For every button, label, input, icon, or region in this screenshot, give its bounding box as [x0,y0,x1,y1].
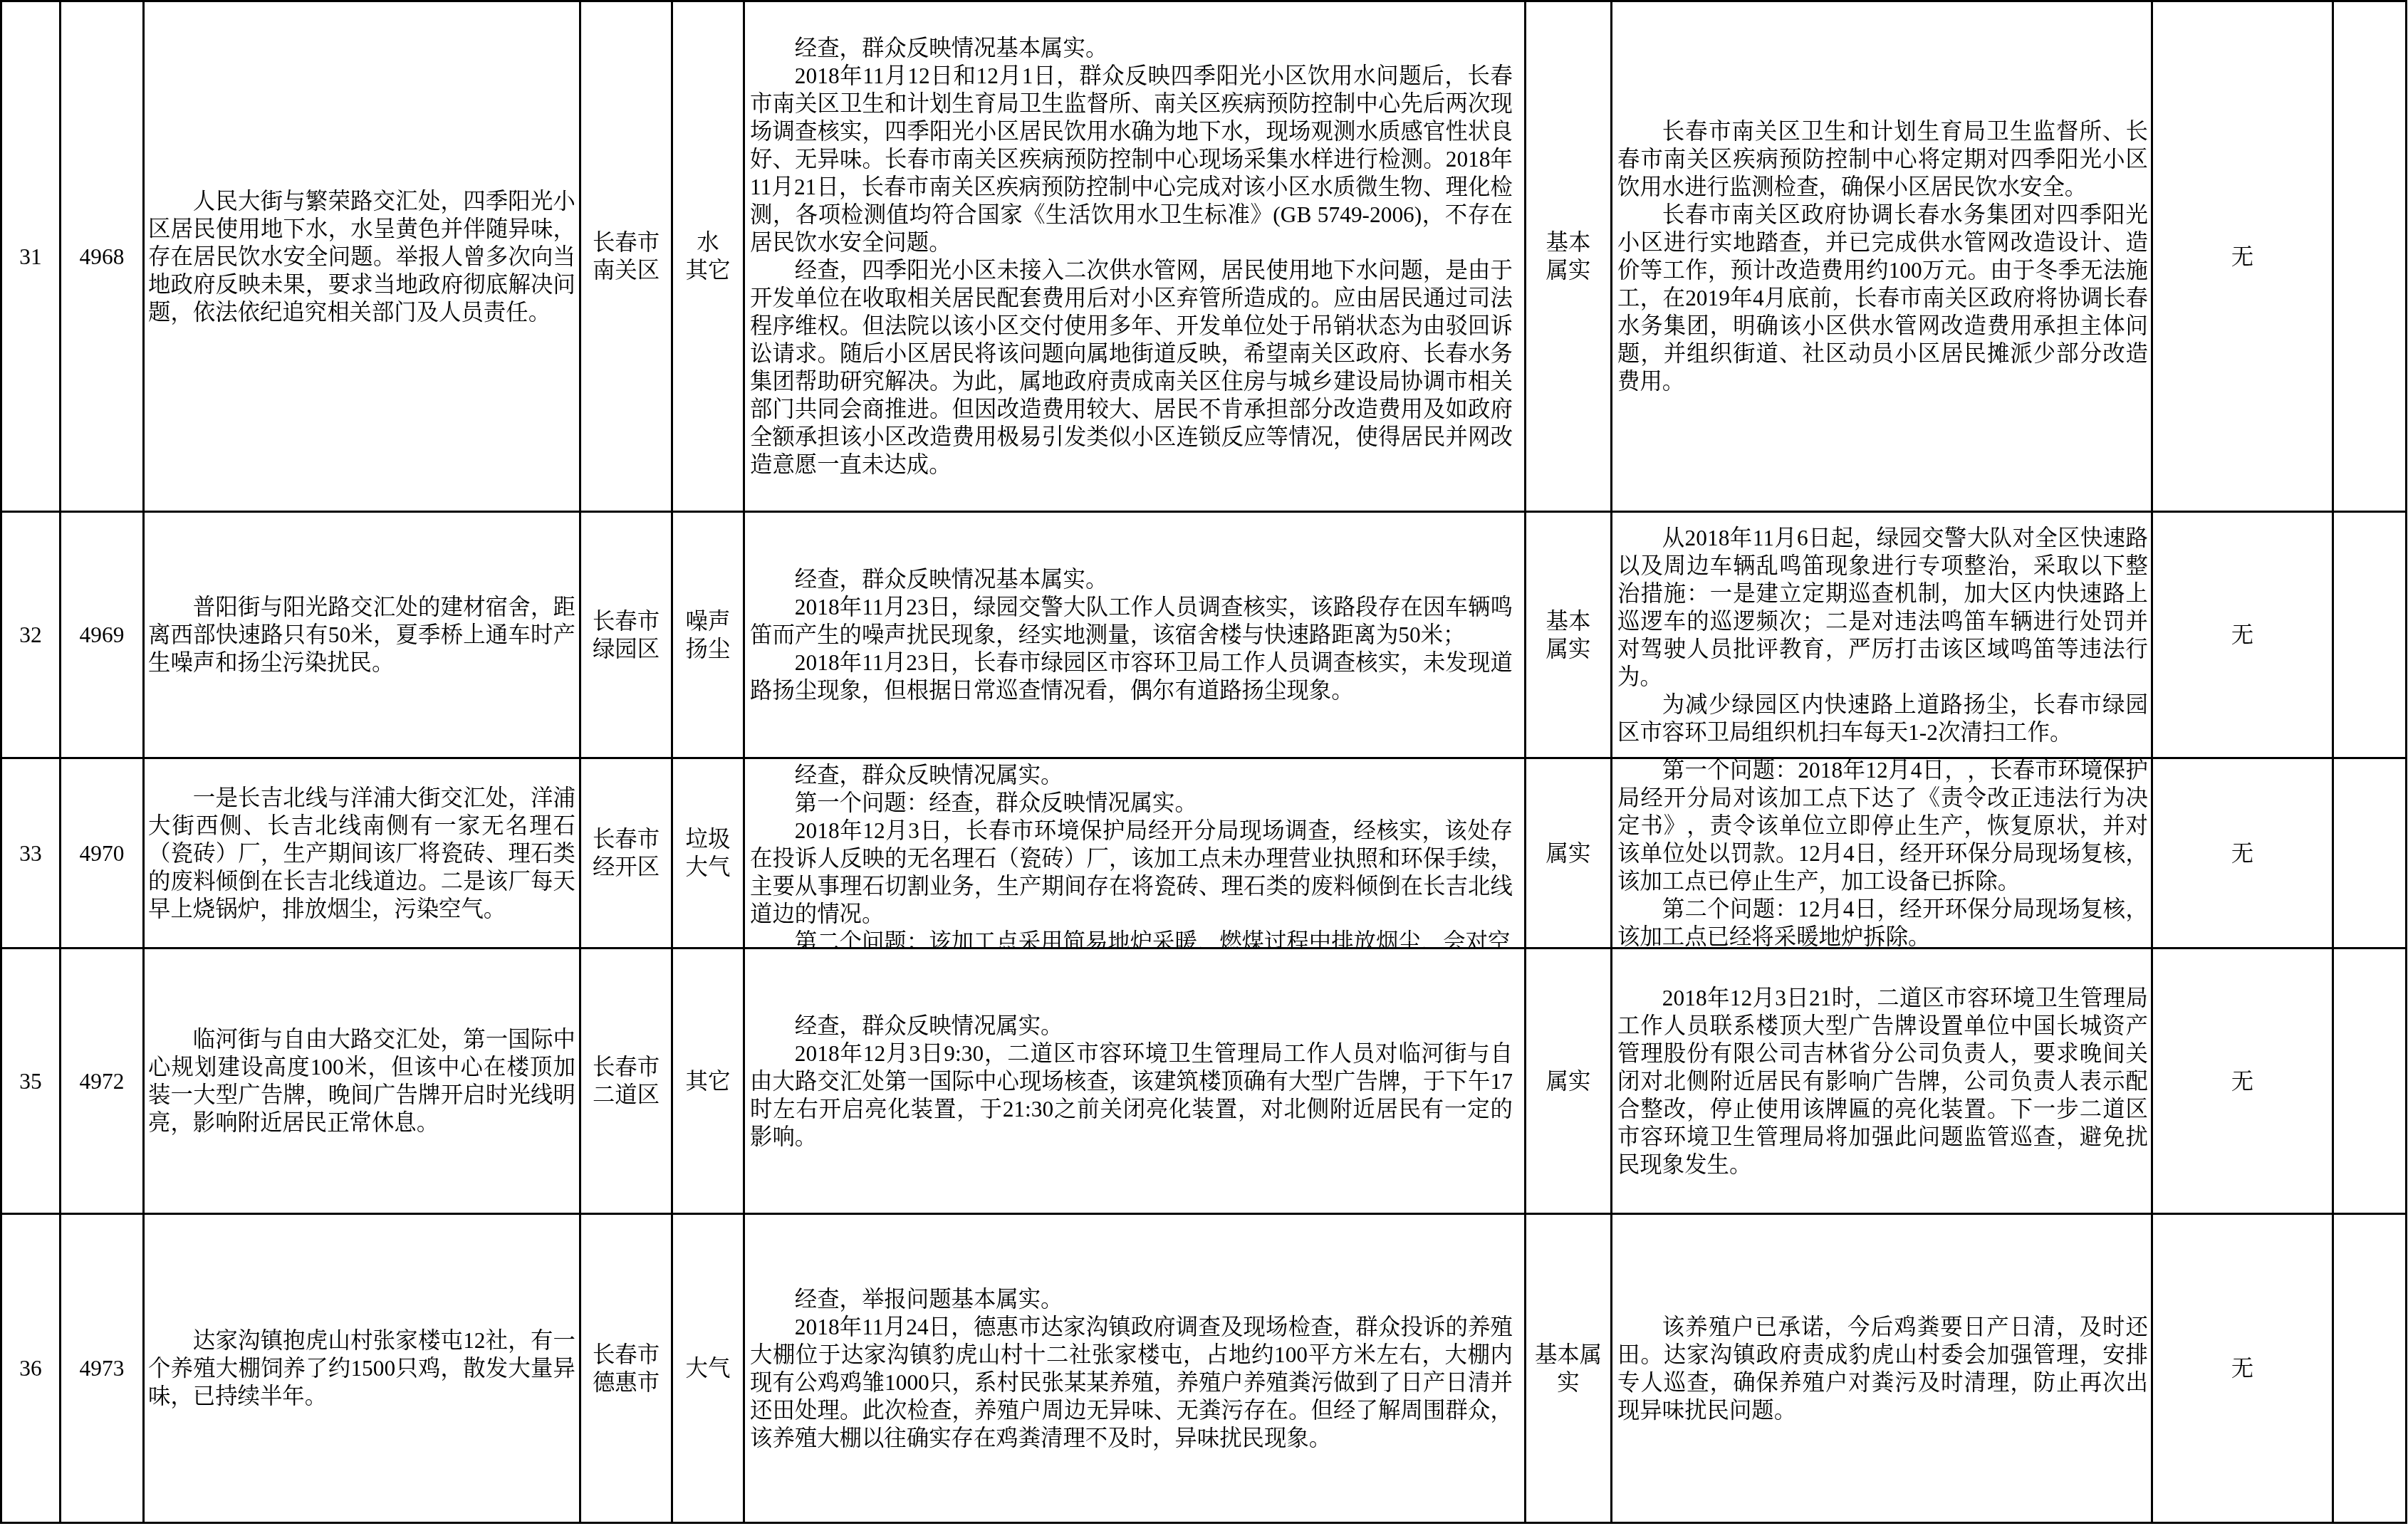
investigation-paragraph: 第二个问题：该加工点采用简易地炉采暖，燃煤过程中排放烟尘，会对空 [750,928,1513,949]
cell-pollution-type: 噪声扬尘 [673,513,745,759]
cell-accountability: 无 [2153,1215,2334,1524]
cell-district: 长春市德惠市 [581,1215,673,1524]
investigation-paragraph: 经查，举报问题基本属实。 [750,1285,1513,1313]
cell-note [2334,513,2407,759]
cell-case-id: 4970 [61,759,145,949]
cell-note [2334,949,2407,1215]
cell-accountability: 无 [2153,2,2334,513]
cell-note [2334,759,2407,949]
investigation-paragraph: 经查，群众反映情况基本属实。 [750,565,1513,593]
complaint-text: 临河街与自由大路交汇处，第一国际中心规划建设高度100米，但该中心在楼顶加装一大… [148,1025,575,1136]
remediation-paragraph: 从2018年11月6日起，绿园交警大队对全区快速路以及周边车辆乱鸣笛现象进行专项… [1617,524,2148,691]
complaint-text: 一是长吉北线与洋浦大街交汇处，洋浦大街西侧、长吉北线南侧有一家无名理石（瓷砖）厂… [148,784,575,923]
cell-content: 普阳街与阳光路交汇处的建材宿舍，距离西部快速路只有50米，夏季桥上通车时产生噪声… [148,593,575,676]
cell-case-id: 4969 [61,513,145,759]
cell-complaint: 一是长吉北线与洋浦大街交汇处，洋浦大街西侧、长吉北线南侧有一家无名理石（瓷砖）厂… [145,759,581,949]
complaint-text: 人民大街与繁荣路交汇处，四季阳光小区居民使用地下水，水呈黄色并伴随异味，存在居民… [148,187,575,326]
cell-note [2334,2,2407,513]
cell-content: 长春市南关区卫生和计划生育局卫生监督所、长春市南关区疾病预防控制中心将定期对四季… [1617,117,2148,395]
cell-pollution-type: 水 其它 [673,2,745,513]
remediation-paragraph: 为减少绿园区内快速路上道路扬尘，长春市绿园区市容环卫局组织机扫车每天1-2次清扫… [1617,691,2148,746]
complaint-table: 31 4968 人民大街与繁荣路交汇处，四季阳光小区居民使用地下水，水呈黄色并伴… [0,0,2407,1524]
remediation-paragraph: 2018年12月3日21时，二道区市容环境卫生管理局工作人员联系楼顶大型广告牌设… [1617,984,2148,1179]
cell-accountability: 无 [2153,759,2334,949]
cell-case-id: 4972 [61,949,145,1215]
cell-investigation: 经查，群众反映情况属实。 第一个问题：经查，群众反映情况属实。 2018年12月… [745,759,1526,949]
investigation-paragraph: 经查，群众反映情况属实。 [750,761,1513,789]
investigation-paragraph: 经查，四季阳光小区未接入二次供水管网，居民使用地下水问题，是由于开发单位在收取相… [750,256,1513,479]
cell-district: 长春市二道区 [581,949,673,1215]
remediation-paragraph: 长春市南关区政府协调长春水务集团对四季阳光小区进行实地踏查，并已完成供水管网改造… [1617,201,2148,395]
cell-content: 经查，群众反映情况属实。 2018年12月3日9:30，二道区市容环境卫生管理局… [750,1012,1513,1151]
complaint-text: 达家沟镇抱虎山村张家楼屯12社，有一个养殖大棚饲养了约1500只鸡，散发大量异味… [148,1327,575,1410]
cell-content: 经查，群众反映情况属实。 第一个问题：经查，群众反映情况属实。 2018年12月… [750,761,1513,949]
cell-complaint: 人民大街与繁荣路交汇处，四季阳光小区居民使用地下水，水呈黄色并伴随异味，存在居民… [145,2,581,513]
cell-content: 达家沟镇抱虎山村张家楼屯12社，有一个养殖大棚饲养了约1500只鸡，散发大量异味… [148,1327,575,1410]
cell-district: 长春市绿园区 [581,513,673,759]
investigation-paragraph: 2018年11月12日和12月1日，群众反映四季阳光小区饮用水问题后，长春市南关… [750,62,1513,256]
cell-remediation: 该养殖户已承诺，今后鸡粪要日产日清，及时还田。达家沟镇政府责成豹虎山村委会加强管… [1612,1215,2153,1524]
cell-note [2334,1215,2407,1524]
cell-investigation: 经查，举报问题基本属实。 2018年11月24日，德惠市达家沟镇政府调查及现场检… [745,1215,1526,1524]
investigation-paragraph: 2018年11月23日，长春市绿园区市容环卫局工作人员调查核实，未发现道路扬尘现… [750,649,1513,704]
cell-remediation: 长春市南关区卫生和计划生育局卫生监督所、长春市南关区疾病预防控制中心将定期对四季… [1612,2,2153,513]
cell-content: 2018年12月3日21时，二道区市容环境卫生管理局工作人员联系楼顶大型广告牌设… [1617,984,2148,1179]
cell-remediation: 第一个问题：2018年12月4日，，长春市环境保护局经开分局对该加工点下达了《责… [1612,759,2153,949]
cell-complaint: 临河街与自由大路交汇处，第一国际中心规划建设高度100米，但该中心在楼顶加装一大… [145,949,581,1215]
investigation-paragraph: 经查，群众反映情况基本属实。 [750,34,1513,62]
cell-district: 长春市南关区 [581,2,673,513]
cell-content: 一是长吉北线与洋浦大街交汇处，洋浦大街西侧、长吉北线南侧有一家无名理石（瓷砖）厂… [148,784,575,923]
cell-seq: 33 [2,759,61,949]
cell-content: 经查，举报问题基本属实。 2018年11月24日，德惠市达家沟镇政府调查及现场检… [750,1285,1513,1452]
investigation-paragraph: 2018年12月3日9:30，二道区市容环境卫生管理局工作人员对临河街与自由大路… [750,1040,1513,1151]
investigation-paragraph: 第一个问题：经查，群众反映情况属实。 [750,789,1513,817]
cell-verified: 基本属实 [1526,1215,1612,1524]
cell-case-id: 4968 [61,2,145,513]
cell-verified: 属实 [1526,949,1612,1215]
cell-remediation: 2018年12月3日21时，二道区市容环境卫生管理局工作人员联系楼顶大型广告牌设… [1612,949,2153,1215]
cell-content: 临河街与自由大路交汇处，第一国际中心规划建设高度100米，但该中心在楼顶加装一大… [148,1025,575,1136]
investigation-paragraph: 经查，群众反映情况属实。 [750,1012,1513,1040]
cell-seq: 31 [2,2,61,513]
cell-content: 第一个问题：2018年12月4日，，长春市环境保护局经开分局对该加工点下达了《责… [1617,759,2148,949]
cell-content: 从2018年11月6日起，绿园交警大队对全区快速路以及周边车辆乱鸣笛现象进行专项… [1617,524,2148,746]
cell-investigation: 经查，群众反映情况基本属实。 2018年11月23日，绿园交警大队工作人员调查核… [745,513,1526,759]
cell-pollution-type: 垃圾大气 [673,759,745,949]
cell-investigation: 经查，群众反映情况属实。 2018年12月3日9:30，二道区市容环境卫生管理局… [745,949,1526,1215]
cell-case-id: 4973 [61,1215,145,1524]
remediation-paragraph: 该养殖户已承诺，今后鸡粪要日产日清，及时还田。达家沟镇政府责成豹虎山村委会加强管… [1617,1313,2148,1424]
cell-investigation: 经查，群众反映情况基本属实。 2018年11月12日和12月1日，群众反映四季阳… [745,2,1526,513]
cell-remediation: 从2018年11月6日起，绿园交警大队对全区快速路以及周边车辆乱鸣笛现象进行专项… [1612,513,2153,759]
cell-content: 人民大街与繁荣路交汇处，四季阳光小区居民使用地下水，水呈黄色并伴随异味，存在居民… [148,187,575,326]
cell-verified: 基本 属实 [1526,513,1612,759]
cell-seq: 35 [2,949,61,1215]
cell-seq: 36 [2,1215,61,1524]
remediation-paragraph: 长春市南关区卫生和计划生育局卫生监督所、长春市南关区疾病预防控制中心将定期对四季… [1617,117,2148,201]
cell-accountability: 无 [2153,513,2334,759]
cell-content: 经查，群众反映情况基本属实。 2018年11月12日和12月1日，群众反映四季阳… [750,34,1513,479]
cell-seq: 32 [2,513,61,759]
cell-content: 该养殖户已承诺，今后鸡粪要日产日清，及时还田。达家沟镇政府责成豹虎山村委会加强管… [1617,1313,2148,1424]
cell-district: 长春市经开区 [581,759,673,949]
investigation-paragraph: 2018年11月24日，德惠市达家沟镇政府调查及现场检查，群众投诉的养殖大棚位于… [750,1313,1513,1452]
cell-verified: 基本 属实 [1526,2,1612,513]
cell-complaint: 达家沟镇抱虎山村张家楼屯12社，有一个养殖大棚饲养了约1500只鸡，散发大量异味… [145,1215,581,1524]
remediation-paragraph: 第一个问题：2018年12月4日，，长春市环境保护局经开分局对该加工点下达了《责… [1617,759,2148,895]
remediation-paragraph: 第二个问题：12月4日，经开环保分局现场复核，该加工点已经将采暖地炉拆除。 [1617,895,2148,950]
cell-complaint: 普阳街与阳光路交汇处的建材宿舍，距离西部快速路只有50米，夏季桥上通车时产生噪声… [145,513,581,759]
cell-accountability: 无 [2153,949,2334,1215]
cell-pollution-type: 大气 [673,1215,745,1524]
complaint-text: 普阳街与阳光路交汇处的建材宿舍，距离西部快速路只有50米，夏季桥上通车时产生噪声… [148,593,575,676]
cell-verified: 属实 [1526,759,1612,949]
investigation-paragraph: 2018年12月3日，长春市环境保护局经开分局现场调查，经核实，该处存在投诉人反… [750,817,1513,928]
cell-pollution-type: 其它 [673,949,745,1215]
investigation-paragraph: 2018年11月23日，绿园交警大队工作人员调查核实，该路段存在因车辆鸣笛而产生… [750,593,1513,649]
cell-content: 经查，群众反映情况基本属实。 2018年11月23日，绿园交警大队工作人员调查核… [750,565,1513,704]
